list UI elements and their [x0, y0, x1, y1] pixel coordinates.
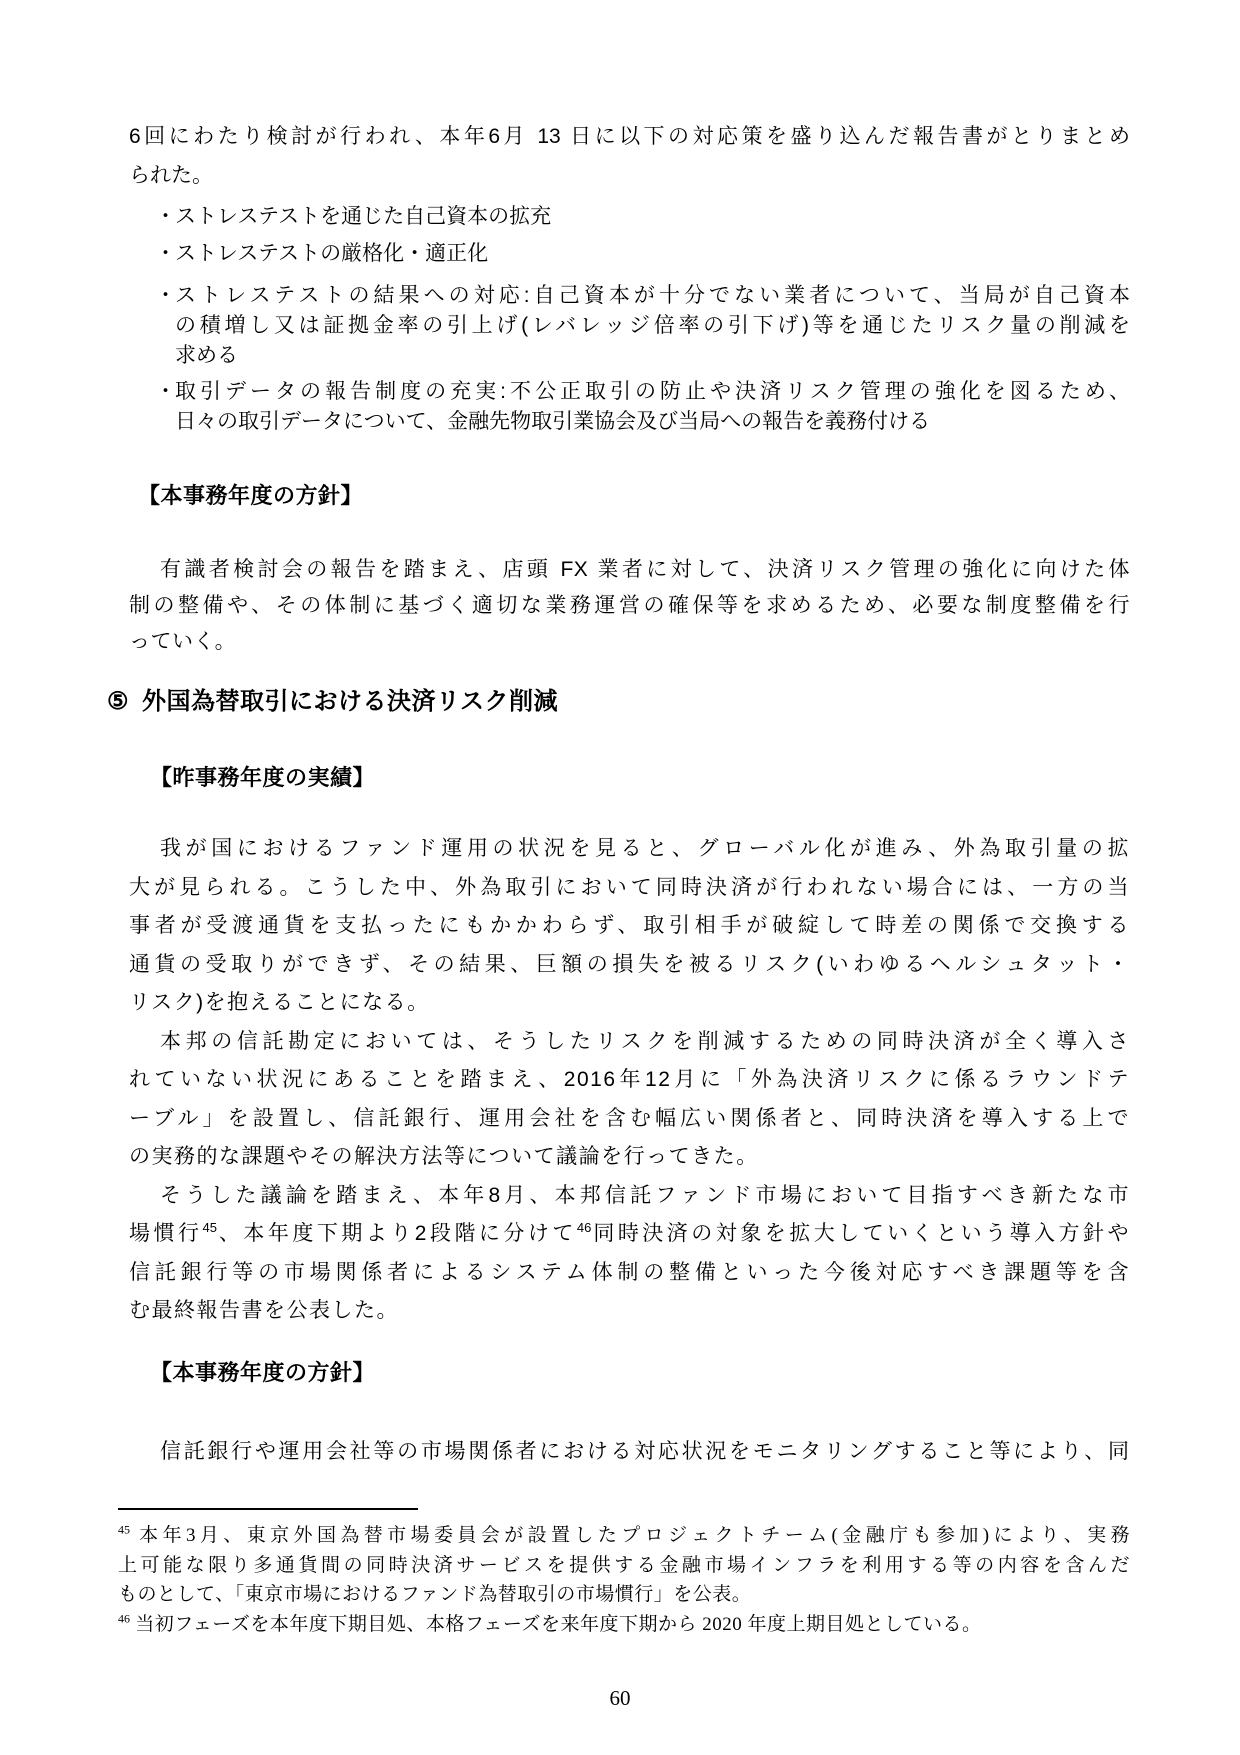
paragraph-line: そうした議論を踏まえ、本年8月、本邦信託ファンド市場において目指すべき新たな市	[129, 1177, 1130, 1216]
bullet-item-stress-test-capital: ・ ストレステストを通じた自己資本の拡充	[155, 202, 1130, 232]
page-number: 60	[0, 1686, 1240, 1711]
footnote-ref-45: 45	[202, 1220, 216, 1235]
bullet-line: ストレステストの厳格化・適正化	[175, 239, 1130, 269]
footnote-ref-46: 46	[577, 1220, 591, 1235]
bullet-item-transaction-data-reporting: ・ 取引データの報告制度の充実:不公正取引の防止や決済リスク管理の強化を図るため…	[155, 377, 1130, 437]
document-page: 6回にわたり検討が行われ、本年6月 13 日に以下の対応策を盛り込んだ報告書がと…	[0, 0, 1240, 1755]
paragraph-line: れていない状況にあることを踏まえ、2016年12月に「外為決済リスクに係るラウン…	[129, 1061, 1130, 1100]
footnote-45-marker: 45	[118, 1523, 130, 1537]
footnote-45-line: 上可能な限り多通貨間の同時決済サービスを提供する金融市場インフラを利用する等の内…	[118, 1551, 1130, 1581]
bullet-line: 求める	[175, 341, 1130, 371]
intro-line-1: 6回にわたり検討が行われ、本年6月 13 日に以下の対応策を盛り込んだ報告書がと…	[129, 117, 1130, 156]
paragraph-line: リスク)を抱えることになる。	[129, 984, 1130, 1023]
bullet-marker: ・	[155, 202, 176, 232]
section-number: ⑤	[107, 688, 129, 715]
paragraph-line: 我が国におけるファンド運用の状況を見ると、グローバル化が進み、外為取引量の拡	[129, 830, 1130, 869]
footnote-45-line: ものとして、「東京市場におけるファンド為替取引の市場慣行」を公表。	[118, 1580, 1130, 1610]
section-heading-5: ⑤外国為替取引における決済リスク削減	[107, 685, 558, 719]
policy-heading-2: 【本事務年度の方針】	[150, 1358, 375, 1388]
bullet-line: ストレステストの結果への対応:自己資本が十分でない業者について、当局が自己資本	[175, 281, 1130, 311]
footnote-separator	[118, 1508, 418, 1510]
footnote-46-marker: 46	[118, 1611, 130, 1625]
intro-line-2: られた。	[129, 156, 1130, 195]
bullet-marker: ・	[155, 281, 176, 311]
bullet-item-stress-test-response: ・ ストレステストの結果への対応:自己資本が十分でない業者について、当局が自己資…	[155, 281, 1130, 371]
results-body: 我が国におけるファンド運用の状況を見ると、グローバル化が進み、外為取引量の拡 大…	[129, 830, 1130, 1331]
policy-paragraph-2: 信託銀行や運用会社等の市場関係者における対応状況をモニタリングすること等により、…	[129, 1434, 1130, 1470]
paragraph-line: 信託銀行等の市場関係者によるシステム体制の整備といった今後対応すべき課題等を含	[129, 1254, 1130, 1293]
paragraph-line: 事者が受渡通貨を支払ったにもかかわらず、取引相手が破綻して時差の関係で交換する	[129, 907, 1130, 946]
footnote-46-line: 46 当初フェーズを本年度下期目処、本格フェーズを来年度下期から 2020 年度…	[118, 1610, 1130, 1640]
text-segment: 場慣行	[129, 1222, 202, 1245]
paragraph-line: 大が見られる。こうした中、外為取引において同時決済が行われない場合には、一方の当	[129, 869, 1130, 908]
paragraph-line: の実務的な課題やその解決方法等について議論を行ってきた。	[129, 1138, 1130, 1177]
footnotes: 45 本年3月、東京外国為替市場委員会が設置したプロジェクトチーム(金融庁も参加…	[118, 1521, 1130, 1639]
paragraph-line: 信託銀行や運用会社等の市場関係者における対応状況をモニタリングすること等により、…	[129, 1434, 1130, 1470]
policy-paragraph-1: 有識者検討会の報告を踏まえ、店頭 FX 業者に対して、決済リスク管理の強化に向け…	[129, 552, 1130, 660]
bullet-item-stress-test-strictness: ・ ストレステストの厳格化・適正化	[155, 239, 1130, 269]
section-title: 外国為替取引における決済リスク削減	[142, 688, 558, 715]
paragraph-line: 通貨の受取りができず、その結果、巨額の損失を被るリスク(いわゆるヘルシュタット・	[129, 946, 1130, 985]
bullet-line: 日々の取引データについて、金融先物取引業協会及び当局への報告を義務付ける	[175, 407, 1130, 437]
paragraph-line: ーブル」を設置し、信託銀行、運用会社を含む幅広い関係者と、同時決済を導入する上で	[129, 1100, 1130, 1139]
bullet-line: の積増し又は証拠金率の引上げ(レバレッジ倍率の引下げ)等を通じたリスク量の削減を	[175, 311, 1130, 341]
footnote-45-line: 45 本年3月、東京外国為替市場委員会が設置したプロジェクトチーム(金融庁も参加…	[118, 1521, 1130, 1551]
paragraph-line: 本邦の信託勘定においては、そうしたリスクを削減するための同時決済が全く導入さ	[129, 1023, 1130, 1062]
paragraph-line: む最終報告書を公表した。	[129, 1292, 1130, 1331]
paragraph-line: っていく。	[129, 624, 1130, 660]
bullet-line: ストレステストを通じた自己資本の拡充	[175, 202, 1130, 232]
bullet-marker: ・	[155, 239, 176, 269]
paragraph-line-with-footnote-refs: 場慣行45、本年度下期より2段階に分けて46同時決済の対象を拡大していくという導…	[129, 1215, 1130, 1254]
results-heading: 【昨事務年度の実績】	[150, 763, 375, 793]
paragraph-line: 有識者検討会の報告を踏まえ、店頭 FX 業者に対して、決済リスク管理の強化に向け…	[129, 552, 1130, 588]
policy-heading-1: 【本事務年度の方針】	[138, 481, 363, 511]
intro-paragraph: 6回にわたり検討が行われ、本年6月 13 日に以下の対応策を盛り込んだ報告書がと…	[129, 117, 1130, 195]
footnote-text: 本年3月、東京外国為替市場委員会が設置したプロジェクトチーム(金融庁も参加)によ…	[139, 1525, 1130, 1546]
paragraph-line: 制の整備や、その体制に基づく適切な業務運営の確保等を求めるため、必要な制度整備を…	[129, 588, 1130, 624]
bullet-marker: ・	[155, 377, 176, 407]
bullet-line: 取引データの報告制度の充実:不公正取引の防止や決済リスク管理の強化を図るため、	[175, 377, 1130, 407]
text-segment: 同時決済の対象を拡大していくという導入方針や	[591, 1222, 1130, 1245]
footnote-text: 当初フェーズを本年度下期目処、本格フェーズを来年度下期から 2020 年度上期目…	[135, 1614, 981, 1635]
text-segment: 、本年度下期より2段階に分けて	[217, 1222, 577, 1245]
